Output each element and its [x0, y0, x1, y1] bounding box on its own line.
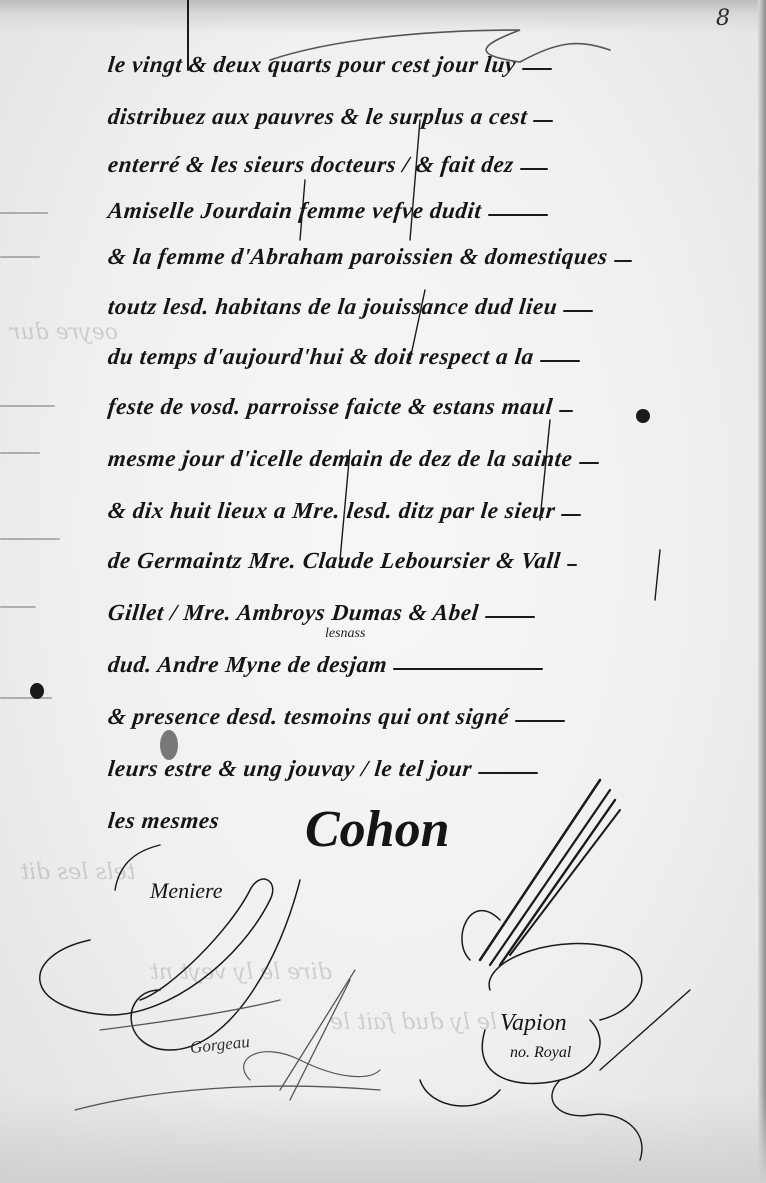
- signature-flourishes: [0, 0, 766, 1183]
- manuscript-page: oeyre dur tels les dit dire le ly veyt n…: [0, 0, 766, 1183]
